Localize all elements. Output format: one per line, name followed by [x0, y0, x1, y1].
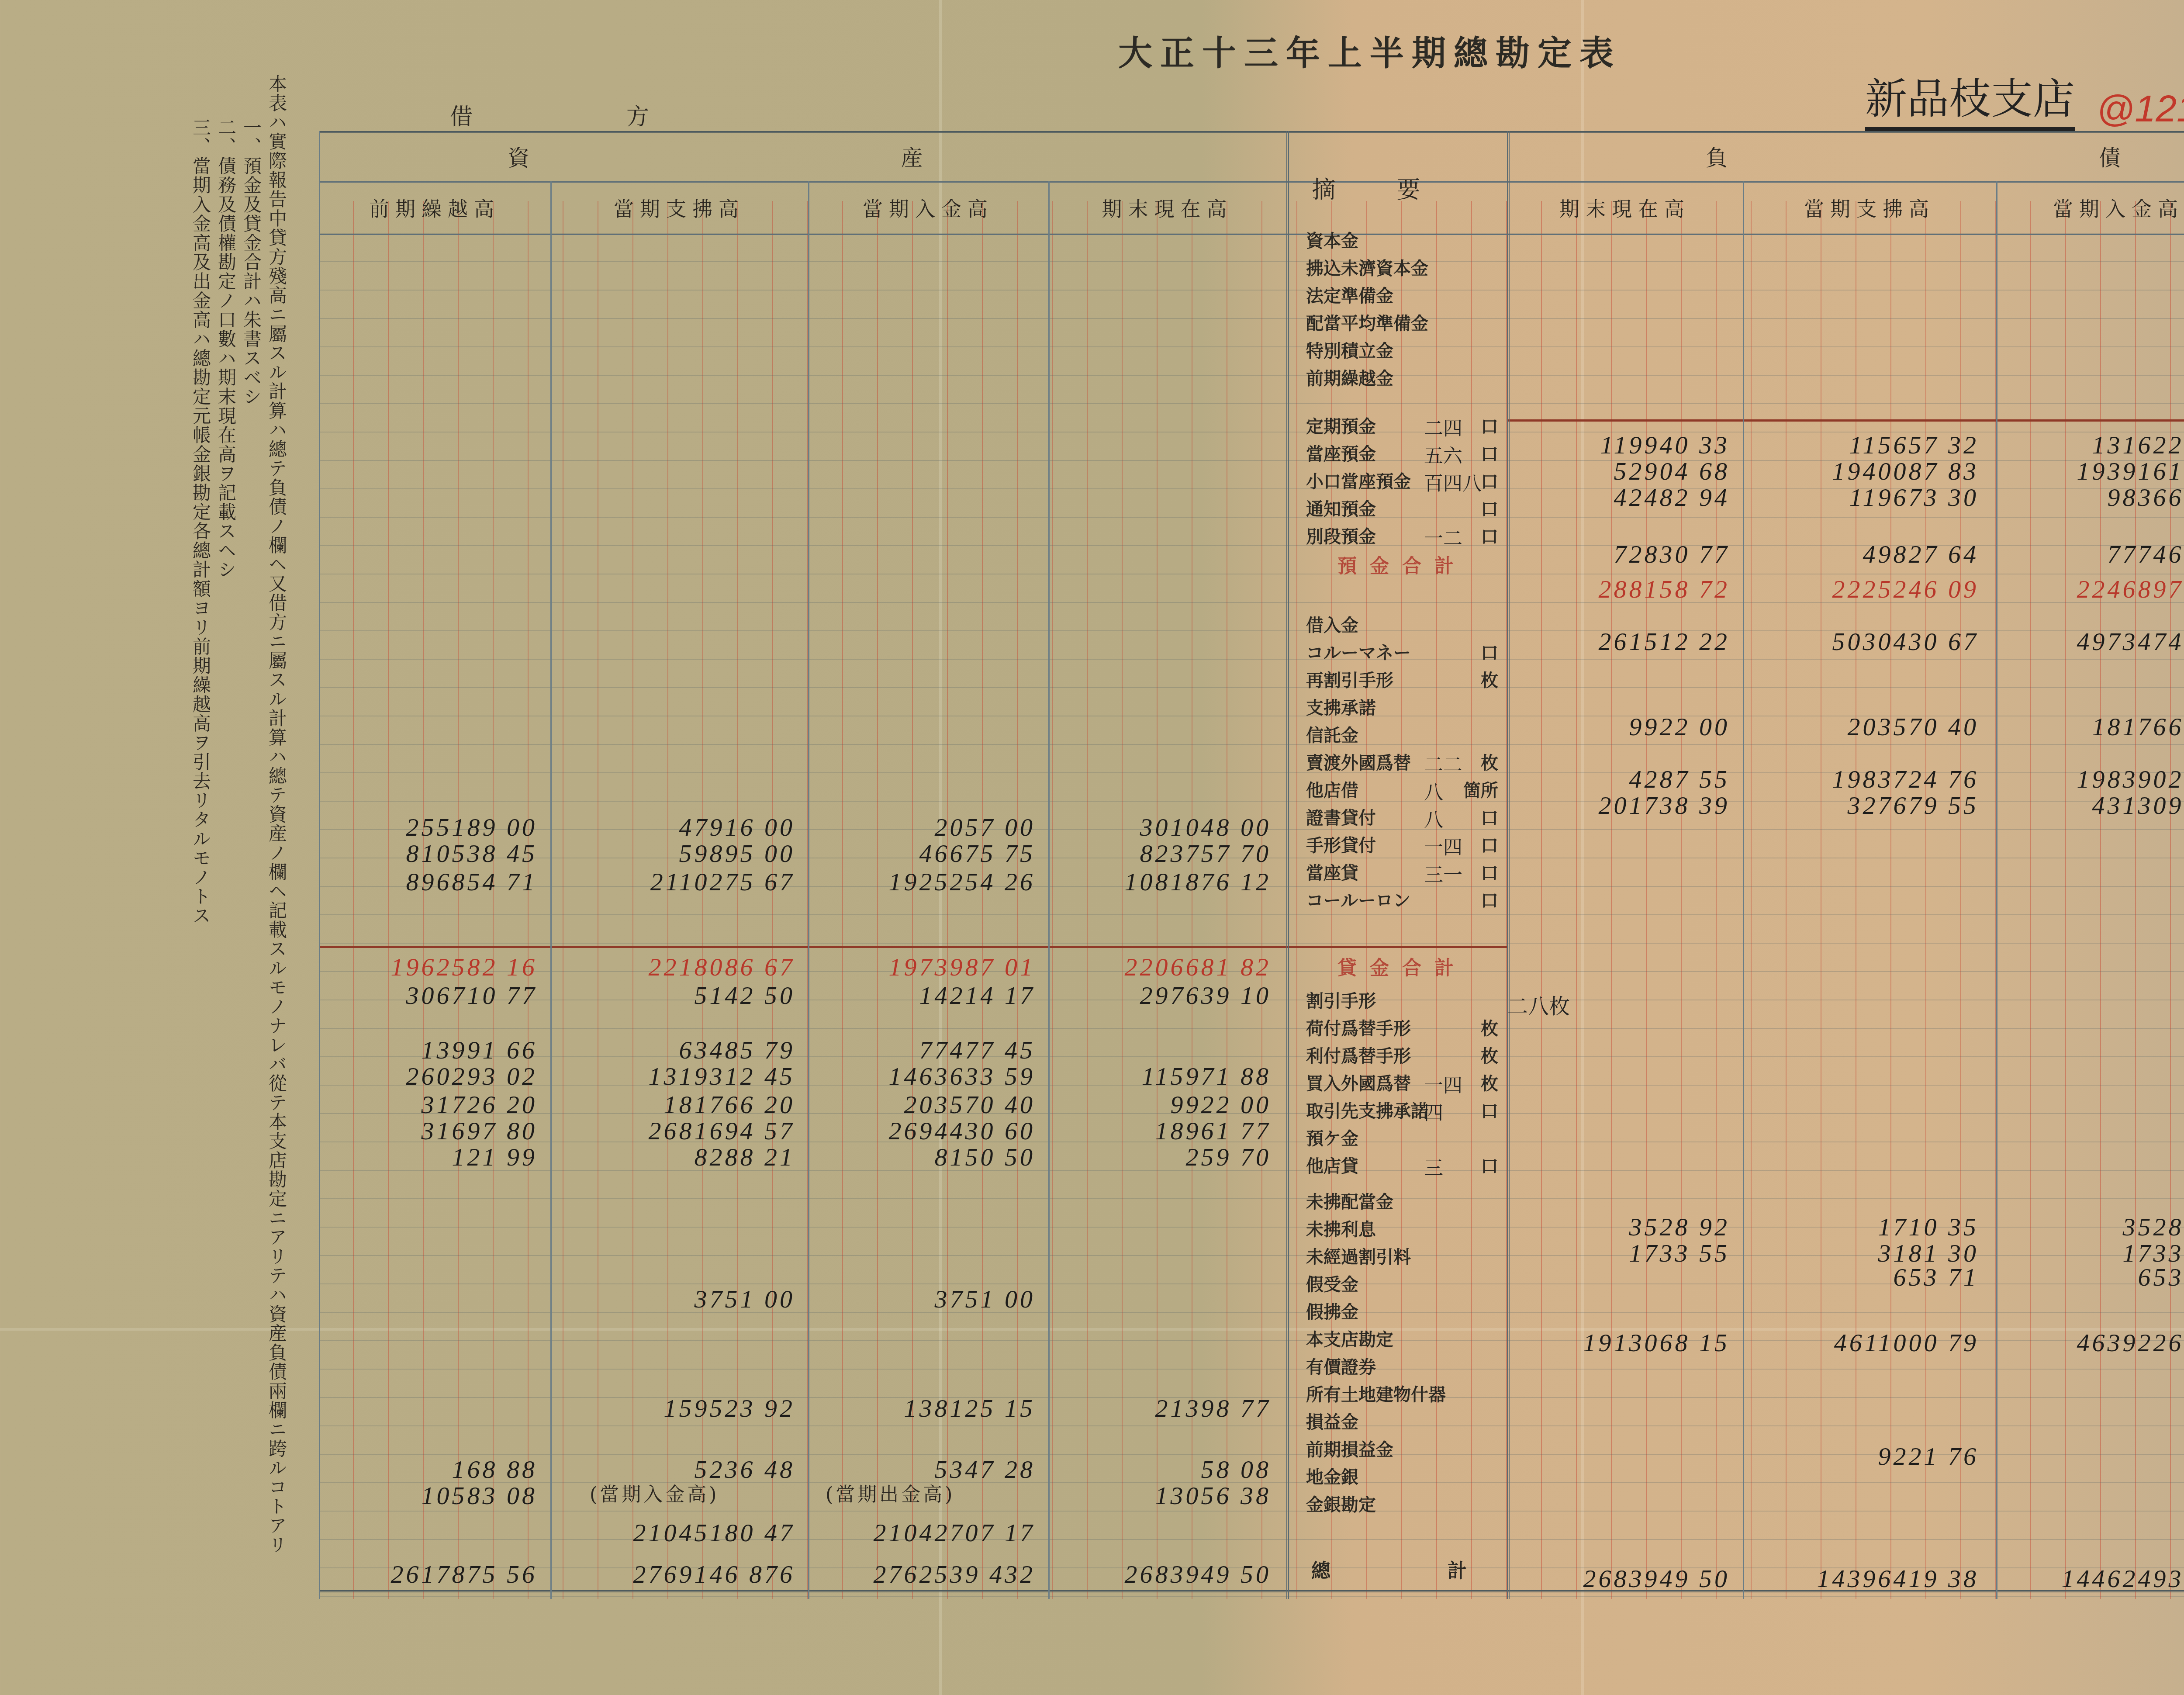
asset-value: 13991 66 — [319, 1035, 537, 1065]
asset-value: 823757 70 — [1053, 839, 1271, 868]
asset-value: 63485 79 — [577, 1035, 795, 1065]
col-border — [808, 181, 809, 1599]
liability-value: 3528 92 — [2005, 1212, 2184, 1242]
item-suspense-payments: 假拂金 — [1306, 1298, 1498, 1325]
item-overdraft: 當座貸三一口 — [1306, 859, 1498, 886]
liability-value: 52904 68 — [1511, 457, 1730, 486]
item-current-deposit: 當座預金五六口 — [1306, 440, 1498, 467]
asset-value: 21045180 47 — [577, 1518, 795, 1547]
asset-value: 306710 77 — [319, 981, 537, 1010]
asset-value: 3751 00 — [577, 1284, 795, 1314]
asset-value: 896854 71 — [319, 867, 537, 896]
liability-grand-total: 2683949 50 — [1511, 1564, 1730, 1593]
notes-heading: 本表ハ實際報告中貸方殘高ニ屬スル計算ハ總テ負債ノ欄ヘ又借方ニ屬スル計算ハ總テ資産… — [264, 74, 289, 1554]
liability-deposits-total: 2246897 61 — [2005, 574, 2184, 604]
asset-loans-total: 1962582 16 — [319, 952, 537, 982]
asset-value: 2694430 60 — [817, 1116, 1035, 1145]
asset-value: 301048 00 — [1053, 813, 1271, 842]
ruling-rows — [319, 205, 2184, 1599]
ledger-table: 資 産 負 債 摘要 前期繰越高 當期支拂高 當期入金高 期末現在高 期末現在高… — [319, 131, 2184, 1599]
item-other-branch-borrowing: 他店借八箇所 — [1306, 777, 1498, 804]
asset-value: 31726 20 — [319, 1090, 537, 1119]
asset-col-carryover: 前期繰越高 — [319, 181, 550, 234]
ledger-sheet: 大正十三年上半期總勘定表 新品枝支店 @121. 借 方 貸 方 本表ハ實際報告… — [0, 0, 2184, 1695]
item-suspense-receipts: 假受金 — [1306, 1271, 1498, 1298]
liability-value: 5030430 67 — [1760, 627, 1979, 656]
liability-value: 3528 92 — [1511, 1212, 1730, 1242]
item-other-branch-lending: 他店貸三口 — [1306, 1152, 1498, 1180]
liab-col-receipts: 當期入金高 — [1996, 181, 2184, 234]
asset-value: 1319312 45 — [577, 1062, 795, 1091]
item-unpaid-dividends: 未拂配當金 — [1306, 1188, 1498, 1215]
item-discount-bills: 割引手形 — [1306, 987, 1498, 1014]
asset-value: 121 99 — [319, 1142, 537, 1172]
asset-value: 203570 40 — [817, 1090, 1035, 1119]
liability-deposits-total: 288158 72 — [1511, 574, 1730, 604]
asset-value: 2057 00 — [817, 813, 1035, 842]
liability-value: 653 71 — [1760, 1263, 1979, 1292]
liability-value: 1913068 15 — [1511, 1328, 1730, 1357]
liability-value: 1939161 72 — [2005, 457, 2184, 486]
item-trust: 信託金 — [1306, 722, 1498, 749]
liability-value: 201738 39 — [1511, 791, 1730, 820]
asset-value: 1463633 59 — [817, 1062, 1035, 1091]
asset-value: 59895 00 — [577, 839, 795, 868]
deposits-total-label: 預金合計 — [1306, 550, 1498, 578]
asset-value: 13056 38 — [1053, 1481, 1271, 1510]
liability-value: 431309 25 — [2005, 791, 2184, 820]
liability-value: 42482 94 — [1511, 483, 1730, 512]
liab-col-payments: 當期支拂高 — [1743, 181, 1996, 234]
liabilities-group-header: 負 債 — [1507, 131, 2184, 181]
item-sold-foreign-exchange: 賣渡外國爲替二二枚 — [1306, 749, 1498, 776]
asset-value: 21398 77 — [1053, 1394, 1271, 1423]
summary-header: 摘要 — [1286, 144, 1507, 232]
asset-grand-total: 2769146 876 — [577, 1560, 795, 1589]
asset-value: 159523 92 — [577, 1394, 795, 1423]
liability-value: 9922 00 — [1511, 712, 1730, 741]
item-fixed-deposit: 定期預金二四口 — [1306, 413, 1498, 440]
liability-value: 4611000 79 — [1760, 1328, 1979, 1357]
asset-col-end-balance: 期末現在高 — [1048, 181, 1286, 234]
asset-value: 260293 02 — [319, 1062, 537, 1091]
liability-value: 131622 74 — [2005, 430, 2184, 460]
asset-value: 21042707 17 — [817, 1518, 1035, 1547]
liability-value: 1710 35 — [1760, 1212, 1979, 1242]
loans-subtotal-line — [319, 946, 1507, 948]
col-border — [1996, 181, 1997, 1599]
item-unpaid-capital: 拂込未濟資本金 — [1306, 255, 1498, 282]
liability-value: 115657 32 — [1760, 430, 1979, 460]
liability-value: 327679 55 — [1760, 791, 1979, 820]
liability-value: 1940087 83 — [1760, 457, 1979, 486]
col-border — [1048, 181, 1050, 1599]
item-capital: 資本金 — [1306, 227, 1498, 254]
item-bill-loans: 手形貸付一四口 — [1306, 832, 1498, 859]
item-certificate-loans: 證書貸付八口 — [1306, 804, 1498, 831]
item-documentary-bills: 荷付爲替手形枚 — [1306, 1015, 1498, 1042]
asset-value: 46675 75 — [817, 839, 1035, 868]
item-bullion: 地金銀 — [1306, 1463, 1498, 1491]
item-borrowed-money: 借入金 — [1306, 612, 1498, 639]
asset-col-receipts: 當期入金高 — [808, 181, 1048, 234]
asset-value: 47916 00 — [577, 813, 795, 842]
liability-value: 261512 22 — [1511, 627, 1730, 656]
item-securities: 有價證券 — [1306, 1353, 1498, 1380]
liability-value: 1983724 76 — [1760, 764, 1979, 794]
liability-value: 1983902 73 — [2005, 764, 2184, 794]
asset-value: 10583 08 — [319, 1481, 537, 1510]
col-border — [1743, 181, 1744, 1599]
summary-border-right — [1507, 131, 1510, 1599]
asset-value: 115971 88 — [1053, 1062, 1271, 1091]
liability-value: 1733 55 — [1511, 1238, 1730, 1268]
asset-loans-total: 1973987 01 — [817, 952, 1035, 982]
asset-value: 181766 20 — [577, 1090, 795, 1119]
asset-value: 168 88 — [319, 1455, 537, 1484]
deposits-subtotal-line — [1507, 419, 2184, 422]
item-deposits-placed: 預ケ金 — [1306, 1125, 1498, 1152]
liability-grand-total: 14462493 32 — [2005, 1564, 2184, 1593]
item-call-money: コルーマネー口 — [1306, 639, 1498, 666]
item-special-deposit: 別段預金一二口 — [1306, 523, 1498, 550]
asset-value: 255189 00 — [319, 813, 537, 842]
item-special-reserve: 特別積立金 — [1306, 337, 1498, 364]
liability-value: 72830 77 — [1511, 540, 1730, 569]
asset-value: 9922 00 — [1053, 1090, 1271, 1119]
asset-value: 5142 50 — [577, 981, 795, 1010]
asset-loans-total: 2218086 67 — [577, 952, 795, 982]
asset-value: 8150 50 — [817, 1142, 1035, 1172]
asset-col-payments: 當期支拂高 — [550, 181, 808, 234]
liability-value: 98366 49 — [2005, 483, 2184, 512]
outgo-label: (當期出金高) — [826, 1479, 955, 1507]
asset-grand-total: 2617875 56 — [319, 1560, 537, 1589]
item-interest-bills: 利付爲替手形枚 — [1306, 1042, 1498, 1069]
asset-value: 8288 21 — [577, 1142, 795, 1172]
note-item-3: 三、當期入金高及出金高ハ總勘定元帳金銀勘定各總計額ヨリ前期繰越高ヲ引去リタルモノ… — [188, 74, 213, 1554]
item-small-current-deposit: 小口當座預金百四八口 — [1306, 468, 1498, 495]
liability-value: 653 71 — [2005, 1263, 2184, 1292]
debit-side-label: 借 方 — [450, 98, 715, 131]
instructions-notes: 本表ハ實際報告中貸方殘高ニ屬スル計算ハ總テ負債ノ欄ヘ又借方ニ屬スル計算ハ總テ資産… — [188, 74, 289, 1554]
asset-value: 297639 10 — [1053, 981, 1271, 1010]
item-head-branch-account: 本支店勘定 — [1306, 1326, 1498, 1353]
liability-value: 119940 33 — [1511, 430, 1730, 460]
item-unpaid-interest: 未拂利息 — [1306, 1216, 1498, 1243]
liability-value: 119673 30 — [1760, 483, 1979, 512]
asset-grand-total: 2683949 50 — [1053, 1560, 1271, 1589]
liability-value: 9221 76 — [1760, 1442, 1979, 1471]
note-item-1: 一、預金及貸金合計ハ朱書スベシ — [238, 74, 264, 1554]
asset-grand-total: 2762539 432 — [817, 1560, 1035, 1589]
item-client-acceptance: 取引先支拂承諾四口 — [1306, 1097, 1498, 1124]
branch-code: @121. — [2097, 87, 2184, 131]
asset-value: 1925254 26 — [817, 867, 1035, 896]
liability-value: 49827 64 — [1760, 540, 1979, 569]
column-header-bottom — [319, 234, 2184, 235]
assets-group-header: 資 産 — [319, 131, 1286, 181]
item-prior-carryover: 前期繰越金 — [1306, 365, 1498, 392]
asset-value: 77477 45 — [817, 1035, 1035, 1065]
liability-deposits-total: 2225246 09 — [1760, 574, 1979, 604]
asset-value: 1081876 12 — [1053, 867, 1271, 896]
liability-value: 4973474 58 — [2005, 627, 2184, 656]
item-legal-reserve: 法定準備金 — [1306, 282, 1498, 309]
asset-value: 58 08 — [1053, 1455, 1271, 1484]
asset-value: 18961 77 — [1053, 1116, 1271, 1145]
item-rediscount-bills: 再割引手形枚 — [1306, 667, 1498, 694]
liab-col-end-balance: 期末現在高 — [1507, 181, 1743, 234]
asset-value: 810538 45 — [319, 839, 537, 868]
loans-total-label: 貸金合計 — [1306, 952, 1498, 980]
asset-value: 259 70 — [1053, 1142, 1271, 1172]
income-label: (當期入金高) — [590, 1479, 719, 1507]
asset-value: 3751 00 — [817, 1284, 1035, 1314]
branch-name: 新品枝支店 — [1865, 66, 2075, 131]
asset-value: 31697 80 — [319, 1116, 537, 1145]
note-item-2: 二、債務及債權勘定ノ口數ハ期末現在高ヲ記載スヘシ — [213, 74, 238, 1554]
asset-value: 14214 17 — [817, 981, 1035, 1010]
item-notice-deposit: 通知預金口 — [1306, 495, 1498, 522]
item-property: 所有土地建物什器 — [1306, 1381, 1498, 1408]
item-acceptance: 支拂承諾 — [1306, 694, 1498, 721]
item-unearned-discount: 未經過割引料 — [1306, 1243, 1498, 1270]
item-prior-profit-loss: 前期損益金 — [1306, 1436, 1498, 1463]
liability-value: 203570 40 — [1760, 712, 1979, 741]
item-bought-foreign-exchange: 買入外國爲替一四枚 — [1306, 1070, 1498, 1097]
document-title: 大正十三年上半期總勘定表 — [1118, 26, 1621, 75]
item-cash-account: 金銀勘定 — [1306, 1491, 1498, 1518]
liability-value: 4639226 77 — [2005, 1328, 2184, 1357]
discount-bills-count: 二八枚 — [1507, 989, 1570, 1020]
asset-value: 2110275 67 — [577, 867, 795, 896]
liability-value: 181766 20 — [2005, 712, 2184, 741]
summary-border-left — [1286, 131, 1289, 1599]
liability-grand-total: 14396419 38 — [1760, 1564, 1979, 1593]
asset-value: 138125 15 — [817, 1394, 1035, 1423]
asset-loans-total: 2206681 82 — [1053, 952, 1271, 982]
liability-value: 4287 55 — [1511, 764, 1730, 794]
grand-total-label: 總 計 — [1306, 1555, 1498, 1583]
item-profit-loss: 損益金 — [1306, 1408, 1498, 1436]
col-border — [550, 181, 552, 1599]
liability-value: 77746 66 — [2005, 540, 2184, 569]
item-call-loan: コールーロン口 — [1306, 887, 1498, 914]
asset-value: 2681694 57 — [577, 1116, 795, 1145]
item-dividend-reserve: 配當平均準備金 — [1306, 310, 1498, 337]
